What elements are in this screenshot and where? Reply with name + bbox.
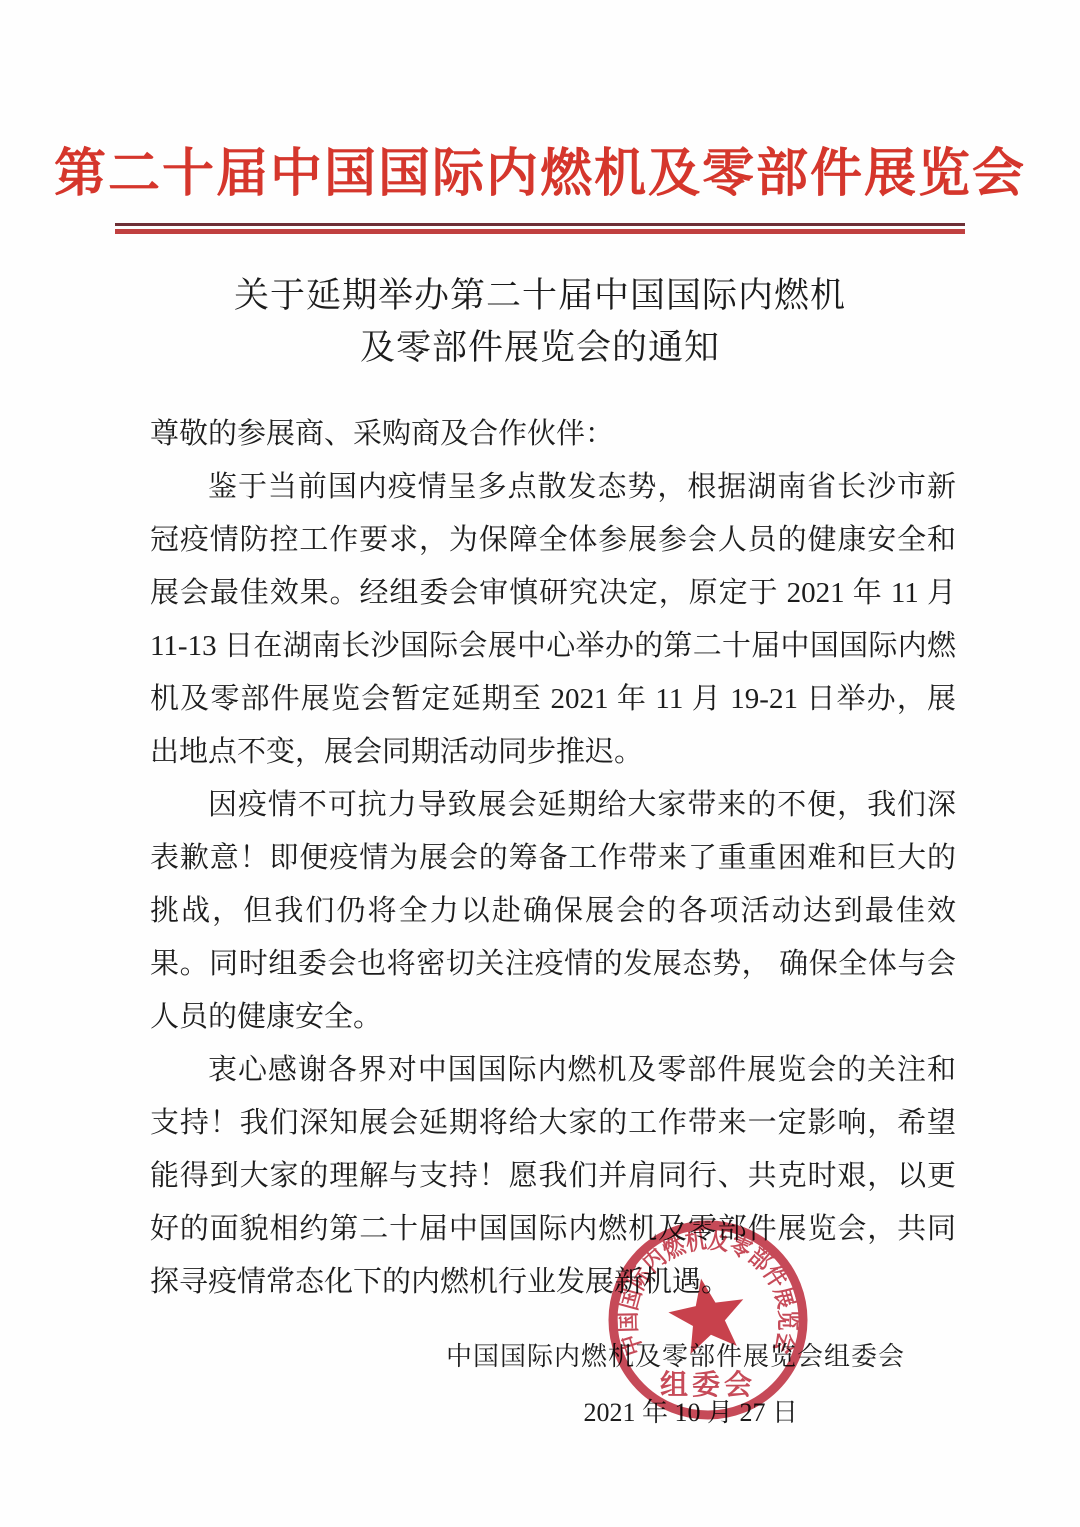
signature-organization: 中国国际内燃机及零部件展览会组委会	[0, 1333, 1080, 1381]
signature-date: 2021 年 10 月 27 日	[0, 1389, 1080, 1437]
divider-line-thin	[115, 223, 965, 226]
notice-title-line2: 及零部件展览会的通知	[0, 322, 1080, 374]
body-paragraph-2: 因疫情不可抗力导致展会延期给大家带来的不便，我们深表歉意！即便疫情为展会的筹备工…	[150, 779, 956, 1044]
body-paragraph-1: 鉴于当前国内疫情呈多点散发态势，根据湖南省长沙市新冠疫情防控工作要求，为保障全体…	[150, 461, 956, 779]
signature-block: 中国国际内燃机及零部件展览会组委会 2021 年 10 月 27 日	[0, 1333, 1080, 1437]
body-paragraph-3: 衷心感谢各界对中国国际内燃机及零部件展览会的关注和支持！我们深知展会延期将给大家…	[150, 1044, 956, 1309]
notice-document-page: 第二十届中国国际内燃机及零部件展览会 关于延期举办第二十届中国国际内燃机 及零部…	[0, 0, 1080, 1527]
notice-body: 尊敬的参展商、采购商及合作伙伴： 鉴于当前国内疫情呈多点散发态势，根据湖南省长沙…	[0, 408, 1080, 1309]
exhibition-banner-title: 第二十届中国国际内燃机及零部件展览会	[0, 144, 1080, 204]
salutation: 尊敬的参展商、采购商及合作伙伴：	[150, 408, 956, 461]
notice-title: 关于延期举办第二十届中国国际内燃机 及零部件展览会的通知	[0, 270, 1080, 374]
divider-line-thick	[115, 229, 965, 234]
notice-title-line1: 关于延期举办第二十届中国国际内燃机	[0, 270, 1080, 322]
banner-divider	[115, 223, 965, 234]
